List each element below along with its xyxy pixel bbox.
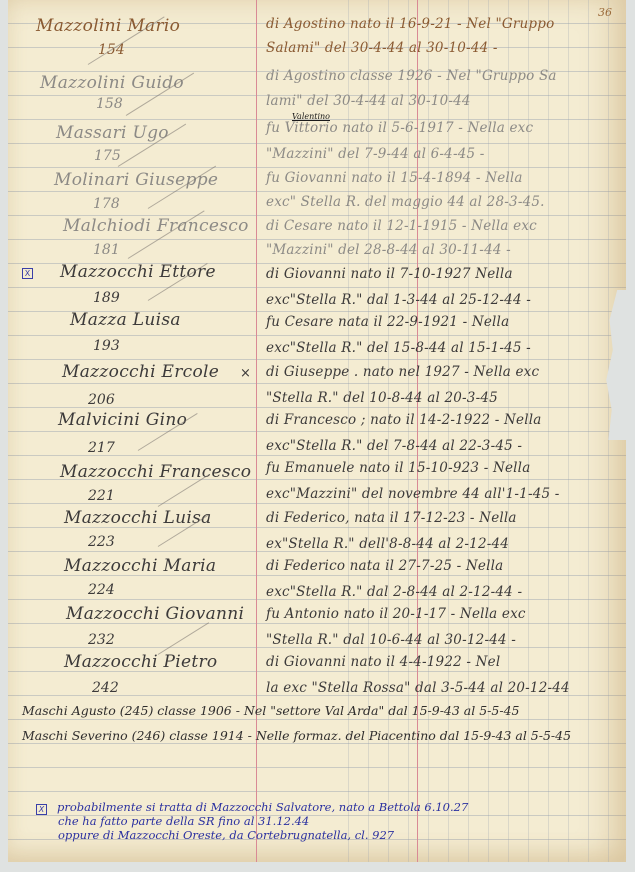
entry-name: Mazzocchi Maria (64, 556, 216, 576)
ledger-page: 36 Mazzolini Mario 154 di Agostino nato … (8, 0, 626, 862)
footnote-line-1: Xprobabilmente si tratta di Mazzocchi Sa… (36, 800, 616, 814)
entry-detail-line-2: exc"Stella R." dal 2-8-44 al 2-12-44 - (266, 584, 522, 600)
entry-detail-line-1: di Agostino classe 1926 - Nel "Gruppo Sa (266, 68, 557, 84)
entry-detail-line-2: Salami" del 30-4-44 al 30-10-44 - (266, 40, 498, 56)
entry-detail-line-2: exc"Stella R." del 15-8-44 al 15-1-45 - (266, 340, 531, 356)
entry-number: 221 (88, 488, 115, 504)
footnote: Xprobabilmente si tratta di Mazzocchi Sa… (36, 800, 616, 842)
entry-number: 193 (93, 338, 120, 354)
entry-number: 181 (93, 242, 120, 258)
footnote-text-1: probabilmente si tratta di Mazzocchi Sal… (57, 800, 468, 814)
entry-number: 206 (88, 392, 115, 408)
entry-detail-line-1: di Federico, nata il 17-12-23 - Nella (266, 510, 517, 526)
entry-detail-line-1: di Giovanni nato il 4-4-1922 - Nel (266, 654, 500, 670)
entry-name: Mazzocchi Giovanni (66, 604, 244, 624)
entry-number: 189 (93, 290, 120, 306)
entry-detail-line-2: "Mazzini" del 28-8-44 al 30-11-44 - (266, 242, 511, 258)
entry-detail-line-2: exc"Mazzini" del novembre 44 all'1-1-45 … (266, 486, 560, 502)
x-mark: × (240, 366, 251, 381)
entry-detail-line-2: ex"Stella R." dell'8-8-44 al 2-12-44 (266, 536, 509, 552)
entry-number: 158 (96, 96, 123, 112)
entry-detail-line-1: fu Giovanni nato il 15-4-1894 - Nella (266, 170, 523, 186)
entry-number: 175 (94, 148, 121, 164)
entry-number: 232 (88, 632, 115, 648)
entry-number: 242 (92, 680, 119, 696)
entry-name: Mazzocchi Francesco (60, 462, 251, 482)
entry-number: 223 (88, 534, 115, 550)
footnote-marker: X (36, 804, 47, 815)
entry-detail-line-2: "Stella R." dal 10-6-44 al 30-12-44 - (266, 632, 516, 648)
entry-detail-line-2: "Stella R." del 10-8-44 al 20-3-45 (266, 390, 498, 406)
footnote-line-2: che ha fatto parte della SR fino al 31.1… (36, 814, 616, 828)
entry-detail-line-2: exc"Stella R." dal 1-3-44 al 25-12-44 - (266, 292, 531, 308)
long-entry-maschi-severino: Maschi Severino (246) classe 1914 - Nell… (22, 728, 571, 743)
entry-name: Massari Ugo (56, 123, 169, 143)
entry-detail-line-1: di Giovanni nato il 7-10-1927 Nella (266, 266, 513, 282)
entry-name: Malchiodi Francesco (63, 216, 249, 236)
entry-number: 224 (88, 582, 115, 598)
entry-name: Mazzocchi Pietro (64, 652, 217, 672)
entry-detail-line-1: fu Vittorio nato il 5-6-1917 - Nella exc (266, 120, 533, 136)
entry-detail-line-1: fu Emanuele nato il 15-10-923 - Nella (266, 460, 530, 476)
entry-detail-line-1: di Cesare nato il 12-1-1915 - Nella exc (266, 218, 537, 234)
entry-detail-line-2: exc" Stella R. del maggio 44 al 28-3-45. (266, 194, 545, 210)
entry-detail-line-2: exc"Stella R." del 7-8-44 al 22-3-45 - (266, 438, 522, 454)
entry-detail-line-1: di Giuseppe . nato nel 1927 - Nella exc (266, 364, 539, 380)
footnote-line-3: oppure di Mazzocchi Oreste, da Cortebrug… (36, 828, 616, 842)
entry-detail-line-1: di Agostino nato il 16-9-21 - Nel "Grupp… (266, 16, 554, 32)
entry-name: Mazza Luisa (70, 310, 181, 330)
entry-number: 217 (88, 440, 115, 456)
entry-name: Mazzolini Guido (40, 73, 184, 93)
long-entry-maschi-agusto: Maschi Agusto (245) classe 1906 - Nel "s… (22, 703, 520, 718)
entry-detail-line-2: la exc "Stella Rossa" dal 3-5-44 al 20-1… (266, 680, 570, 696)
entry-detail-line-1: di Francesco ; nato il 14-2-1922 - Nella (266, 412, 542, 428)
entry-detail-line-2: lami" del 30-4-44 al 30-10-44 (266, 93, 471, 109)
footnote-reference-marker: X (22, 268, 33, 279)
entry-number: 178 (93, 196, 120, 212)
entry-detail-line-2: "Mazzini" del 7-9-44 al 6-4-45 - (266, 146, 485, 162)
entry-name: Malvicini Gino (58, 410, 187, 430)
entry-detail-line-1: fu Cesare nata il 22-9-1921 - Nella (266, 314, 509, 330)
page-number: 36 (598, 6, 612, 19)
entry-detail-line-1: fu Antonio nato il 20-1-17 - Nella exc (266, 606, 526, 622)
strike-line (158, 622, 209, 655)
entry-detail-line-1: di Federico nata il 27-7-25 - Nella (266, 558, 503, 574)
entry-name: Mazzocchi Ercole (62, 362, 219, 382)
